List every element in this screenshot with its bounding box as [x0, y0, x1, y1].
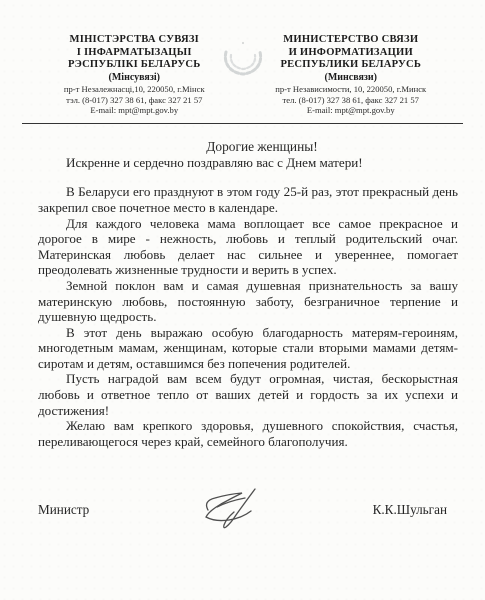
paragraph: Желаю вам крепкого здоровья, душевного с…	[38, 418, 458, 449]
letter-page: МІНІСТЭРСТВА СУВЯЗІ І ІНФАРМАТЫЗАЦЫІ РЭС…	[0, 0, 485, 600]
phone-fax-line: тел. (8-017) 327 38 61, факс 327 21 57	[243, 95, 460, 106]
paragraph: В Беларуси его празднуют в этом году 25-…	[38, 184, 458, 215]
email-line: E-mail: mpt@mpt.gov.by	[243, 105, 460, 116]
signature-block: Министр К.К.Шульган	[0, 502, 485, 518]
address-line: пр-т Независимости, 10, 220050, г.Минск	[243, 84, 460, 95]
wreath-watermark-icon	[220, 40, 266, 80]
phone-fax-line: тэл. (8-017) 327 38 61, факс 327 21 57	[26, 95, 243, 106]
org-name-line: РЭСПУБЛІКІ БЕЛАРУСЬ	[26, 59, 243, 72]
paragraph: Земной поклон вам и самая душевная призн…	[38, 278, 458, 325]
org-name-line: МІНІСТЭРСТВА СУВЯЗІ	[26, 34, 243, 47]
org-name-line: МИНИСТЕРСТВО СВЯЗИ	[243, 34, 460, 47]
org-name-line: РЕСПУБЛИКИ БЕЛАРУСЬ	[243, 59, 460, 72]
org-short-name: (Минсвязи)	[243, 72, 460, 84]
paragraph: Для каждого человека мама воплощает все …	[38, 216, 458, 278]
letterhead-russian-block: МИНИСТЕРСТВО СВЯЗИ И ИНФОРМАТИЗАЦИИ РЕСП…	[243, 34, 460, 116]
signer-title: Министр	[38, 502, 89, 518]
org-name-line: І ІНФАРМАТЫЗАЦЫІ	[26, 47, 243, 60]
letterhead: МІНІСТЭРСТВА СУВЯЗІ І ІНФАРМАТЫЗАЦЫІ РЭС…	[0, 0, 485, 116]
paragraph: Искренне и сердечно поздравляю вас с Дне…	[38, 155, 458, 171]
org-name-line: И ИНФОРМАТИЗАЦИИ	[243, 47, 460, 60]
letterhead-belarusian-block: МІНІСТЭРСТВА СУВЯЗІ І ІНФАРМАТЫЗАЦЫІ РЭС…	[26, 34, 243, 116]
address-line: пр-т Незалежнасці,10, 220050, г.Мінск	[26, 84, 243, 95]
paragraph: Пусть наградой вам всем будут огромная, …	[38, 371, 458, 418]
org-short-name: (Мінсувязі)	[26, 72, 243, 84]
letter-body: Дорогие женщины! Искренне и сердечно поз…	[0, 124, 485, 449]
email-line: E-mail: mpt@mpt.gov.by	[26, 105, 243, 116]
salutation: Дорогие женщины!	[38, 139, 458, 155]
handwritten-signature-icon	[196, 486, 262, 532]
signer-name: К.К.Шульган	[373, 502, 447, 518]
paragraph: В этот день выражаю особую благодарность…	[38, 325, 458, 372]
